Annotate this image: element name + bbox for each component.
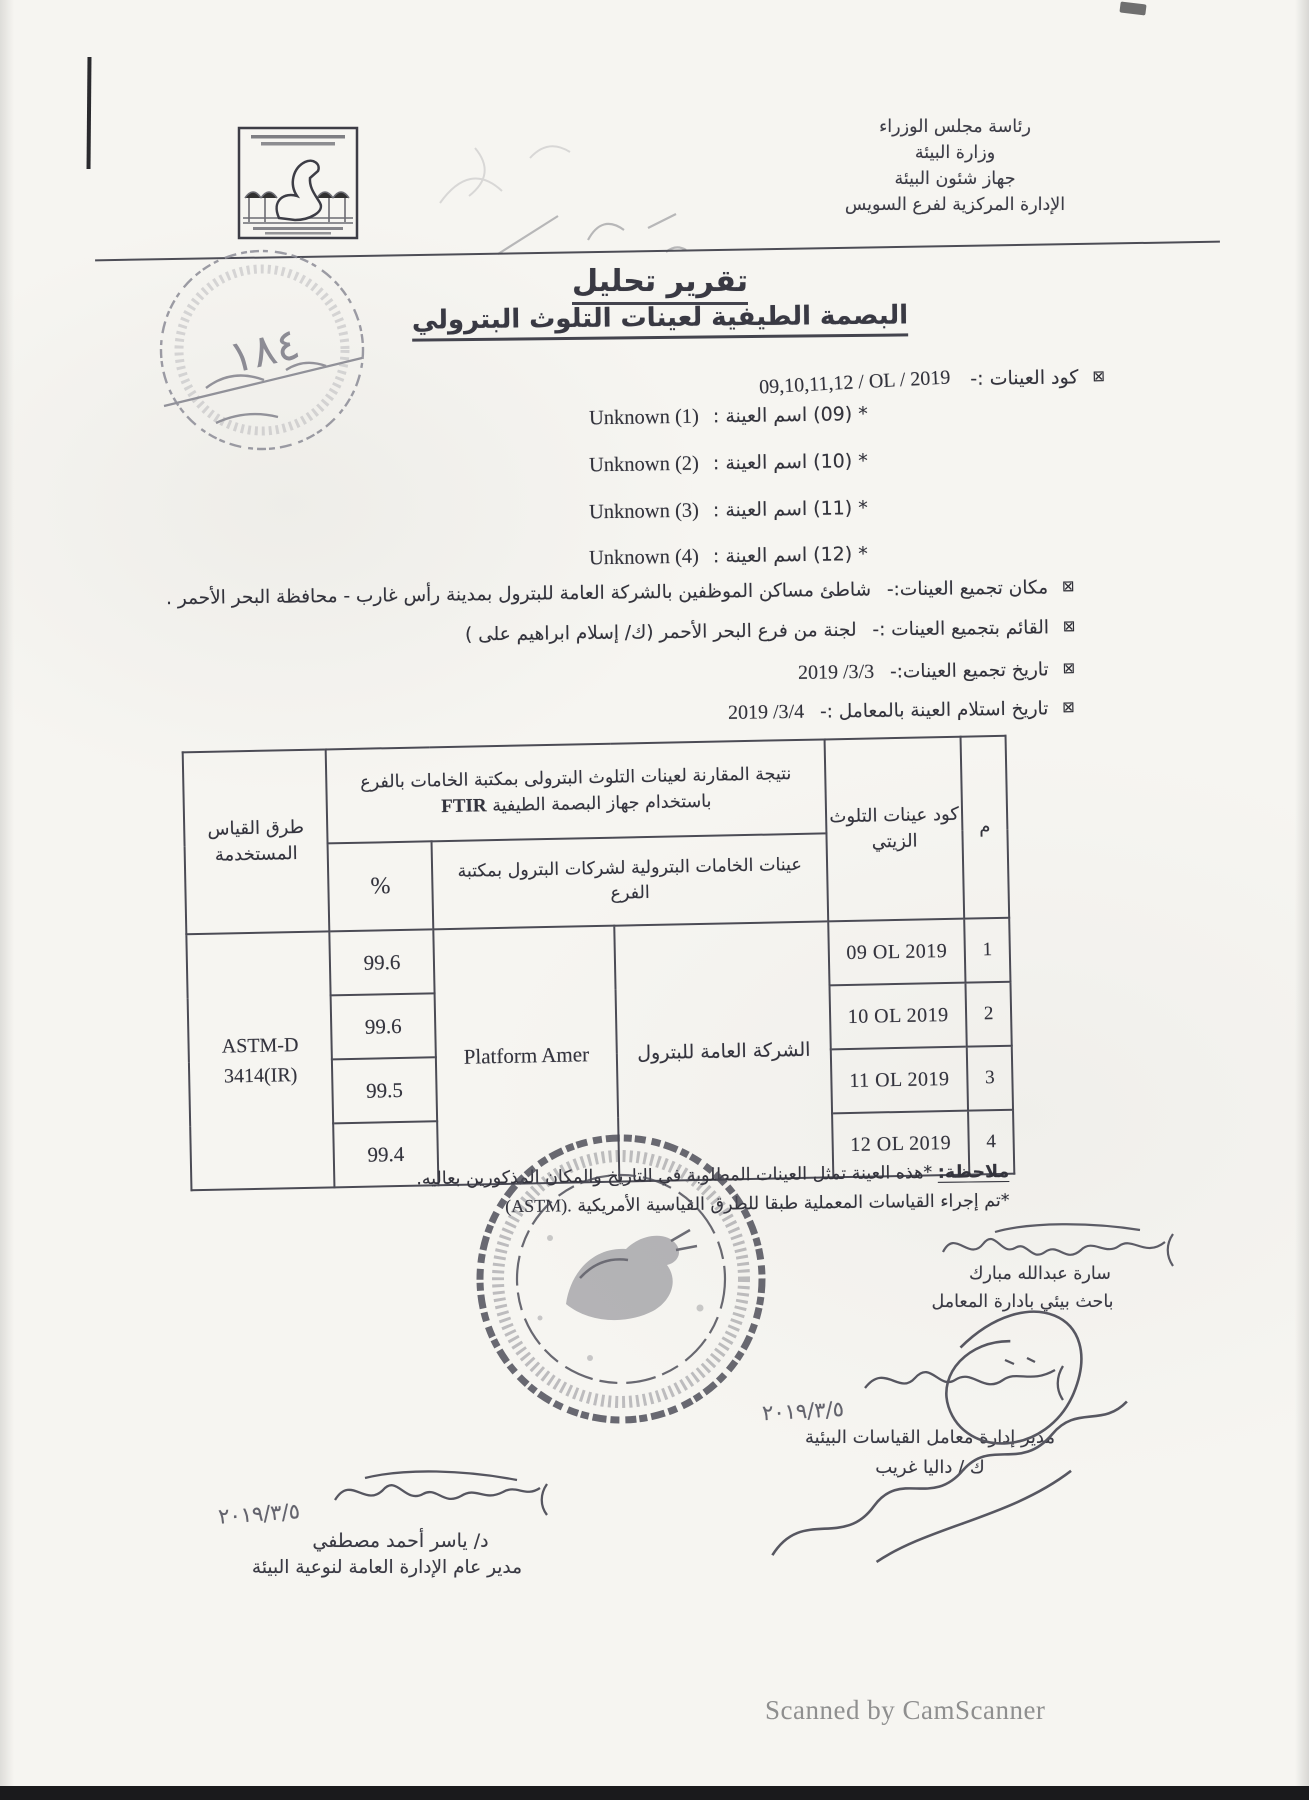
collection-date-label: تاريخ تجميع العينات:- xyxy=(890,659,1049,682)
letterhead-line-branch: الإدارة المركزية لفرع السويس xyxy=(780,192,1130,218)
serial-cell: 3 xyxy=(967,1046,1013,1111)
code-cell: 10 OL 2019 xyxy=(830,983,967,1050)
collection-place-label: مكان تجميع العينات:- xyxy=(887,577,1048,600)
receive-date-value: 2019 /3/4 xyxy=(728,701,804,724)
field-collector: ⊠ القائم بتجميع العينات :- لجنة من فرع ا… xyxy=(465,617,1076,645)
sample-name-value: Unknown (2) xyxy=(589,453,699,477)
handwritten-flourish-scribble xyxy=(720,1260,1150,1570)
serial-cell: 2 xyxy=(965,982,1011,1047)
serial-cell: 1 xyxy=(964,918,1010,983)
letterhead-line-agency: جهاز شئون البيئة xyxy=(780,166,1130,192)
field-collection-place: ⊠ مكان تجميع العينات:- شاطئ مساكن الموظف… xyxy=(166,577,1075,609)
general-director-handwritten-date: ٢٠١٩/٣/٥ xyxy=(217,1491,413,1529)
field-sample-codes: ⊠ كود العينات :- 09,10,11,12 / OL / 2019 xyxy=(759,366,1105,394)
results-table-wrapper: م كود عينات التلوث الزيتي نتيجة المقارنة… xyxy=(186,743,1011,1183)
collector-label: القائم بتجميع العينات :- xyxy=(872,617,1049,640)
field-receive-date: ⊠ تاريخ استلام العينة بالمعامل :- 2019 /… xyxy=(728,697,1075,725)
collection-date-value: 2019 /3/3 xyxy=(798,661,874,684)
table-main-header: نتيجة المقارنة لعينات التلوث البترولى بم… xyxy=(326,739,827,843)
sample-codes-label: كود العينات :- xyxy=(970,366,1078,390)
sample-name-value: Unknown (4) xyxy=(589,546,699,570)
letterhead: رئاسة مجلس الوزراء وزارة البيئة جهاز شئو… xyxy=(780,114,1130,218)
collection-place-value: شاطئ مساكن الموظفين بالشركة العامة للبتر… xyxy=(166,579,871,609)
letterhead-line-ministry: وزارة البيئة xyxy=(780,140,1130,166)
sub-header-percent: % xyxy=(328,841,434,931)
camscanner-watermark: Scanned by CamScanner xyxy=(765,1695,1045,1726)
report-subtitle: البصمة الطيفية لعينات التلوث البترولي xyxy=(340,300,980,343)
sample-name-prefix: * (10) اسم العينة : xyxy=(713,450,868,474)
agency-bird-logo xyxy=(237,126,359,240)
sample-name-line-1: * (09) اسم العينة : Unknown (1) xyxy=(589,403,868,430)
scanned-document-page: رئاسة مجلس الوزراء وزارة البيئة جهاز شئو… xyxy=(0,0,1309,1800)
col-header-pollution-code: كود عينات التلوث الزيتي xyxy=(825,737,965,922)
code-cell: 11 OL 2019 xyxy=(831,1047,968,1114)
collector-value: لجنة من فرع البحر الأحمر (ك/ إسلام ابراه… xyxy=(465,620,857,646)
sample-name-value: Unknown (1) xyxy=(589,406,699,430)
checked-box-bullet-icon: ⊠ xyxy=(1062,659,1075,677)
percent-cell: 99.6 xyxy=(329,929,434,995)
sample-name-prefix: * (11) اسم العينة : xyxy=(713,497,868,521)
sample-name-prefix: * (09) اسم العينة : xyxy=(713,403,868,427)
col-header-methods: طرق القياس المستخدمة xyxy=(183,749,330,934)
percent-cell: 99.5 xyxy=(332,1057,437,1123)
scan-edge-shadow-right xyxy=(1295,0,1309,1800)
sample-name-line-3: * (11) اسم العينة : Unknown (3) xyxy=(589,497,868,524)
letterhead-line-cabinet: رئاسة مجلس الوزراء xyxy=(780,114,1130,140)
receive-date-label: تاريخ استلام العينة بالمعامل :- xyxy=(820,698,1049,722)
sample-codes-value: 09,10,11,12 / OL / 2019 xyxy=(759,367,951,400)
round-stamp-received: ١٨٤ xyxy=(146,238,378,466)
general-director-title: مدير عام الإدارة العامة لنوعية البيئة xyxy=(232,1557,542,1578)
percent-cell: 99.6 xyxy=(331,993,436,1059)
report-title: تقرير تحليل xyxy=(470,264,850,305)
code-cell: 09 OL 2019 xyxy=(828,919,965,986)
sample-name-line-4: * (12) اسم العينة : Unknown (4) xyxy=(589,543,868,570)
checked-box-bullet-icon: ⊠ xyxy=(1062,617,1075,635)
checked-box-bullet-icon: ⊠ xyxy=(1062,698,1075,716)
scan-edge-shadow-left xyxy=(0,0,14,1800)
scan-artifact-mark xyxy=(1119,1,1146,15)
scan-bottom-bar xyxy=(0,1786,1309,1800)
col-header-serial: م xyxy=(961,736,1010,919)
sub-header-raw-samples: عينات الخامات البترولية لشركات البترول ب… xyxy=(432,833,829,929)
sample-name-value: Unknown (3) xyxy=(589,500,699,524)
ftir-label: FTIR xyxy=(441,795,487,817)
results-table: م كود عينات التلوث الزيتي نتيجة المقارنة… xyxy=(182,735,1016,1191)
general-director-name: د/ ياسر أحمد مصطفي xyxy=(298,1530,503,1552)
sample-name-prefix: * (12) اسم العينة : xyxy=(713,543,868,567)
method-cell: ASTM-D 3414(IR) xyxy=(186,931,334,1190)
checked-box-bullet-icon: ⊠ xyxy=(1092,367,1105,385)
sample-name-line-2: * (10) اسم العينة : Unknown (2) xyxy=(589,450,868,477)
scan-artifact-line xyxy=(87,57,92,169)
checked-box-bullet-icon: ⊠ xyxy=(1062,577,1075,595)
note-label: ملاحظة: xyxy=(938,1162,1010,1183)
field-collection-date: ⊠ تاريخ تجميع العينات:- 2019 /3/3 xyxy=(798,658,1075,685)
